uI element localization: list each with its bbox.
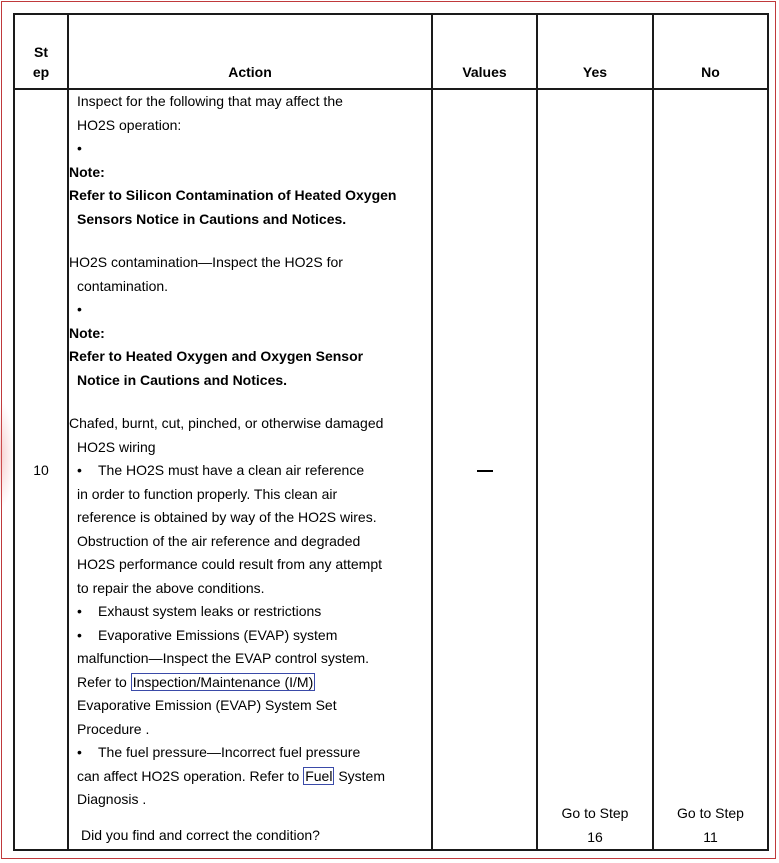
- header-action: Action: [68, 14, 432, 89]
- em-dash-value: [477, 470, 493, 472]
- bullet: •: [77, 624, 98, 648]
- header-yes: Yes: [537, 14, 653, 89]
- header-step: Step: [14, 14, 68, 89]
- refer-text: System: [338, 768, 385, 784]
- sub-item-text: malfunction—Inspect the EVAP control sys…: [69, 647, 431, 671]
- question-text: Did you find and correct the condition?: [69, 824, 431, 848]
- left-edge-glow: [0, 400, 14, 510]
- diagnostic-step-table: Step Action Values Yes No 10 Inspect for…: [13, 13, 769, 851]
- sub-item-text: to repair the above conditions.: [69, 577, 431, 601]
- sub-item: •The HO2S must have a clean air referenc…: [69, 459, 431, 483]
- note-text: Refer to Heated Oxygen and Oxygen Sensor: [69, 345, 431, 369]
- item-text: HO2S contamination—Inspect the HO2S for: [69, 251, 431, 275]
- action-cell: Inspect for the following that may affec…: [68, 89, 432, 850]
- sub-item-text: Refer to Inspection/Maintenance (I/M): [69, 671, 431, 695]
- sub-item-text: The fuel pressure—Incorrect fuel pressur…: [98, 744, 360, 760]
- header-step-line1: St: [34, 44, 48, 60]
- sub-item-text: Exhaust system leaks or restrictions: [98, 603, 321, 619]
- intro-line: Inspect for the following that may affec…: [69, 90, 431, 114]
- sub-item-text: can affect HO2S operation. Refer to Fuel…: [69, 765, 431, 789]
- sub-item-text: Evaporative Emission (EVAP) System Set: [69, 694, 431, 718]
- bullet: •: [77, 741, 98, 765]
- step-number: 10: [14, 89, 68, 850]
- sub-item: •Evaporative Emissions (EVAP) system: [69, 624, 431, 648]
- note-text: Refer to Silicon Contamination of Heated…: [69, 184, 431, 208]
- note-label: Note:: [69, 322, 431, 346]
- sub-item-text: in order to function properly. This clea…: [69, 483, 431, 507]
- values-cell: [432, 89, 537, 850]
- item-text: contamination.: [69, 275, 431, 299]
- bullet: •: [69, 137, 431, 161]
- refer-text: Refer to: [77, 674, 127, 690]
- yes-step-number[interactable]: 16: [538, 826, 652, 850]
- sub-item-text: reference is obtained by way of the HO2S…: [69, 506, 431, 530]
- fuel-link[interactable]: Fuel: [303, 767, 334, 785]
- item-text: Chafed, burnt, cut, pinched, or otherwis…: [69, 412, 431, 436]
- sub-item-text: Procedure .: [69, 718, 431, 742]
- header-values: Values: [432, 14, 537, 89]
- bullet: •: [77, 600, 98, 624]
- header-step-line2: ep: [33, 64, 49, 80]
- sub-item: •Exhaust system leaks or restrictions: [69, 600, 431, 624]
- bullet: •: [77, 459, 98, 483]
- intro-line: HO2S operation:: [69, 114, 431, 138]
- note-label: Note:: [69, 161, 431, 185]
- refer-text: can affect HO2S operation. Refer to: [77, 768, 299, 784]
- sub-item-text: Evaporative Emissions (EVAP) system: [98, 627, 337, 643]
- note-text: Sensors Notice in Cautions and Notices.: [69, 208, 431, 232]
- sub-item-text: The HO2S must have a clean air reference: [98, 462, 364, 478]
- yes-cell: Go to Step16: [537, 89, 653, 850]
- header-no: No: [653, 14, 768, 89]
- yes-goto-text: Go to Step: [538, 802, 652, 826]
- no-goto-text: Go to Step: [654, 802, 767, 826]
- table-row: 10 Inspect for the following that may af…: [14, 89, 768, 850]
- sub-item-text: HO2S performance could result from any a…: [69, 553, 431, 577]
- bullet: •: [69, 298, 431, 322]
- no-step-number[interactable]: 11: [654, 826, 767, 850]
- sub-item-text: Obstruction of the air reference and deg…: [69, 530, 431, 554]
- table-header-row: Step Action Values Yes No: [14, 14, 768, 89]
- im-evap-link[interactable]: Inspection/Maintenance (I/M): [131, 673, 316, 691]
- note-text: Notice in Cautions and Notices.: [69, 369, 431, 393]
- item-text: HO2S wiring: [69, 436, 431, 460]
- sub-item: •The fuel pressure—Incorrect fuel pressu…: [69, 741, 431, 765]
- sub-item-text: Diagnosis .: [69, 788, 431, 812]
- no-cell: Go to Step11: [653, 89, 768, 850]
